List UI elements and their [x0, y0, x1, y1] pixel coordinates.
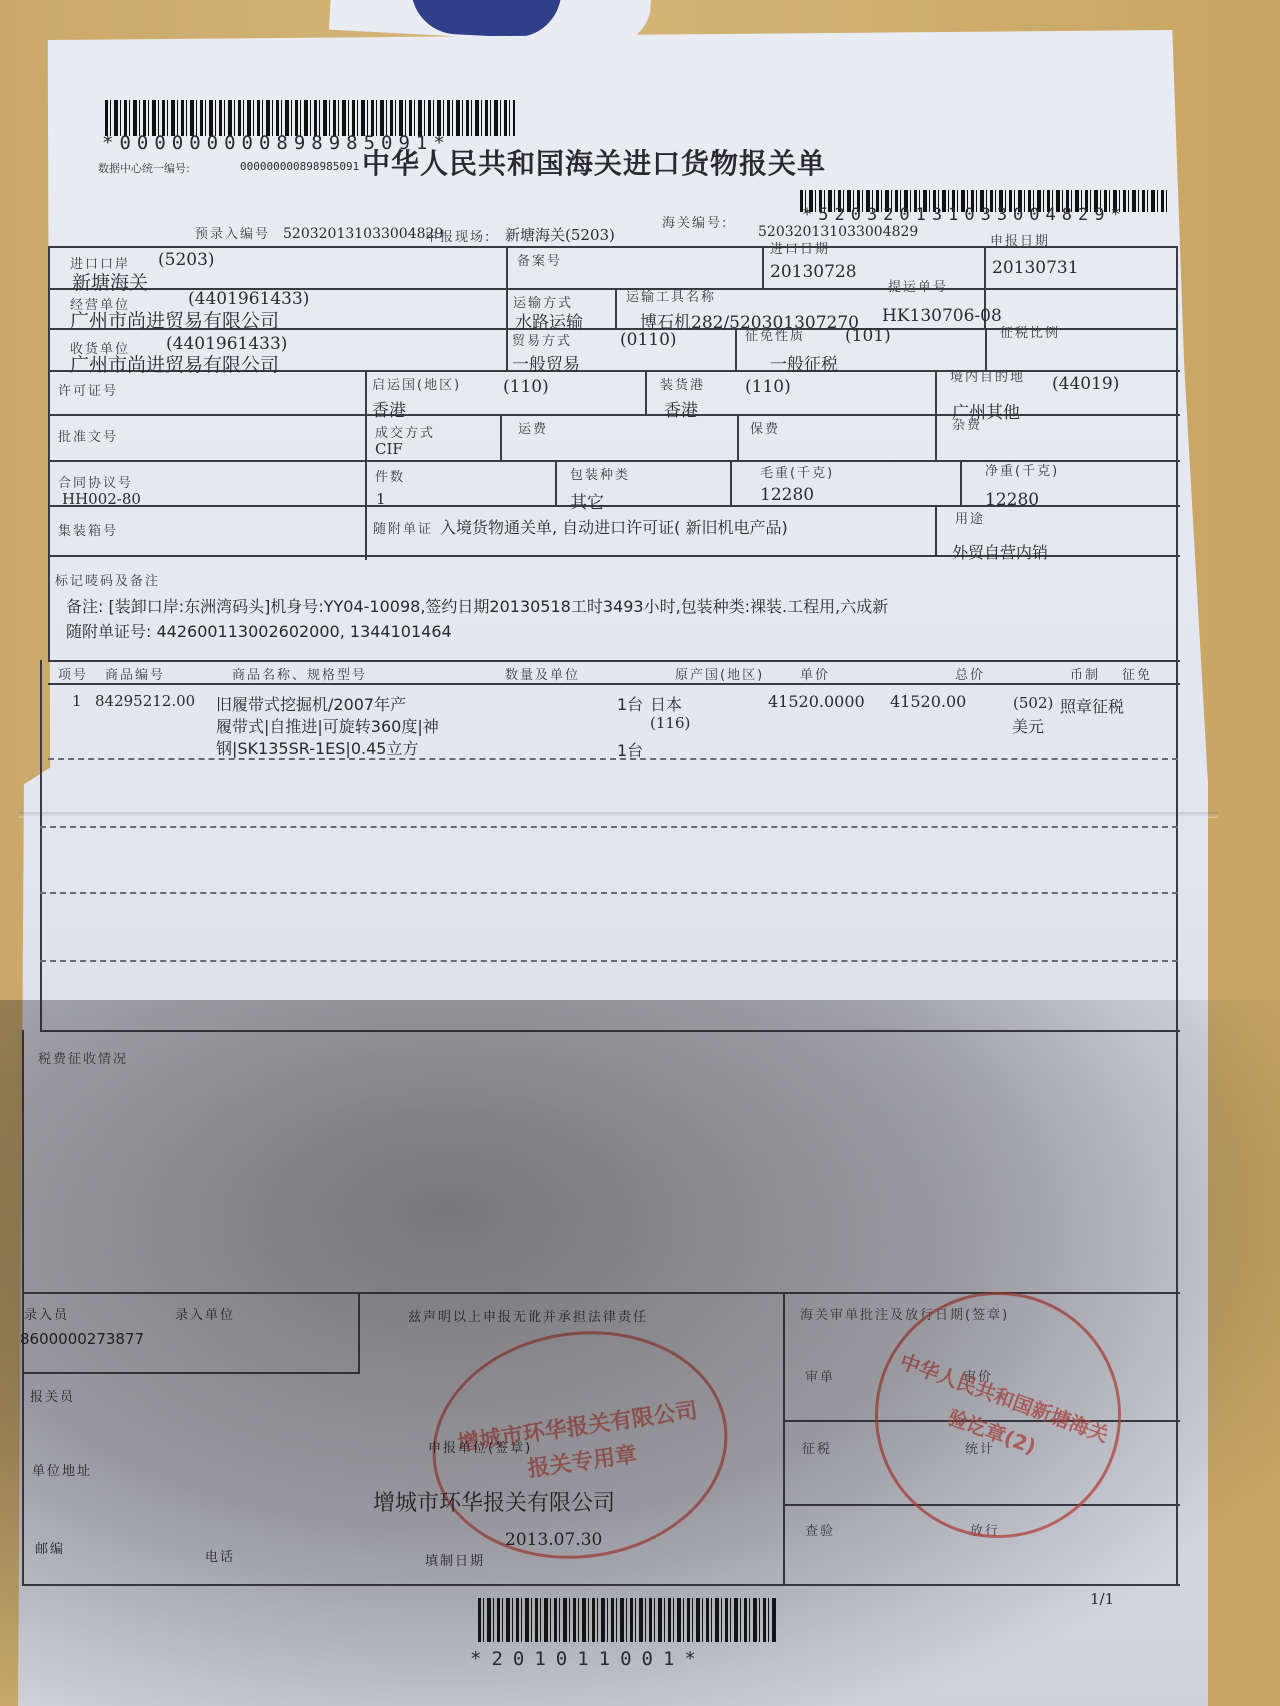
grid-line — [935, 505, 937, 555]
quantity-1: 1台 — [617, 692, 643, 715]
grid-line — [22, 1372, 360, 1374]
grid-line — [985, 328, 987, 370]
tax-ratio-label: 征税比例 — [1000, 322, 1060, 341]
declaring-unit: 增城市环华报关有限公司 — [373, 1486, 615, 1517]
declaration-statement: 兹声明以上申报无讹并承担法律责任 — [408, 1306, 648, 1325]
loading-port-code: (110) — [745, 377, 791, 397]
grid-line — [645, 370, 647, 414]
grid-line — [48, 246, 50, 660]
grid-line — [365, 370, 367, 560]
grid-line — [737, 414, 739, 460]
grid-line — [730, 460, 732, 505]
grid-line — [960, 460, 962, 505]
item-no: 1 — [72, 692, 82, 710]
loading-port-value: 香港 — [664, 396, 698, 421]
currency: 美元 — [1012, 714, 1044, 737]
data-center-label: 数据中心统一编号: — [98, 160, 190, 176]
grid-line — [935, 370, 937, 460]
levy-nature-code: (101) — [845, 326, 891, 346]
bottom-barcode-number: *201011001* — [470, 1648, 706, 1670]
pre-entry-number: 520320131033004829 — [283, 226, 443, 242]
pieces-label: 件数 — [375, 466, 405, 485]
grid-line — [783, 1292, 785, 1586]
origin-code: (116) — [650, 714, 690, 732]
origin-country: 日本 — [650, 692, 682, 715]
import-date-label: 进口日期 — [770, 238, 830, 257]
declare-date-value: 20130731 — [992, 258, 1079, 278]
grid-line — [40, 1030, 1180, 1032]
declaration-site: 新塘海关(5203) — [505, 224, 615, 245]
grid-line — [22, 1584, 1180, 1586]
gross-weight-label: 毛重(千克) — [760, 462, 834, 481]
origin-country-code: (110) — [503, 377, 549, 397]
hs-code: 84295212.00 — [95, 692, 195, 710]
levy-nature-label: 征免性质 — [745, 325, 805, 344]
receiving-unit-value: 广州市尚进贸易有限公司 — [70, 350, 279, 377]
net-weight-value: 12280 — [985, 490, 1039, 510]
attached-doc-numbers: 随附单证号: 442600113002602000, 1344101464 — [66, 619, 452, 642]
marks-label: 标记唛码及备注 — [55, 570, 160, 589]
entry-clerk-label: 录入员 — [24, 1304, 69, 1323]
transport-name-label: 运输工具名称 — [626, 286, 716, 305]
page-indicator: 1/1 — [1090, 1590, 1114, 1608]
col-unit-price: 单价 — [800, 664, 830, 683]
contract-no-value: HH002-80 — [62, 490, 141, 508]
inspection-label: 查验 — [805, 1520, 835, 1539]
container-no-label: 集装箱号 — [58, 520, 118, 539]
approval-no-label: 批准文号 — [58, 426, 118, 445]
top-barcode — [105, 100, 515, 136]
import-port-value: 新塘海关 — [72, 268, 148, 295]
operating-unit-value: 广州市尚进贸易有限公司 — [70, 306, 279, 333]
trade-mode-value: 一般贸易 — [512, 350, 580, 375]
col-item-no: 项号 — [58, 664, 88, 683]
usage-label: 用途 — [955, 508, 985, 527]
insurance-label: 保费 — [750, 418, 780, 437]
package-type-value: 其它 — [570, 488, 604, 513]
usage-value: 外贸自营内销 — [952, 540, 1048, 563]
levy-mode: 照章征税 — [1060, 694, 1124, 717]
contract-no-label: 合同协议号 — [58, 472, 133, 491]
deal-mode-value: CIF — [375, 440, 403, 458]
review-label: 审单 — [805, 1366, 835, 1385]
col-currency: 币制 — [1070, 664, 1100, 683]
entry-unit-label: 录入单位 — [175, 1304, 235, 1323]
origin-country-label: 启运国(地区) — [372, 374, 461, 393]
loading-port-label: 装货港 — [660, 374, 705, 393]
pieces-value: 1 — [376, 490, 386, 508]
grid-line — [48, 683, 1180, 685]
quantity-2: 1台 — [617, 738, 643, 761]
declarant-label: 报关员 — [30, 1386, 75, 1405]
unit-address-label: 单位地址 — [32, 1460, 92, 1479]
freight-label: 运费 — [518, 418, 548, 437]
fill-date-label: 填制日期 — [425, 1550, 485, 1569]
grid-line — [48, 660, 1180, 662]
fill-date: 2013.07.30 — [505, 1530, 602, 1550]
dashed-divider — [40, 960, 1178, 962]
bottom-barcode — [478, 1598, 778, 1642]
declare-date-label: 申报日期 — [990, 230, 1050, 249]
grid-line — [735, 328, 737, 370]
goods-name-line-1: 旧履带式挖掘机/2007年产 — [216, 692, 406, 715]
import-date-value: 20130728 — [770, 262, 857, 282]
paper-fold — [18, 812, 1218, 818]
trade-mode-label: 贸易方式 — [512, 330, 572, 349]
misc-fee-label: 杂费 — [952, 414, 982, 433]
customs-no-label: 海关编号: — [662, 212, 728, 231]
remark-text: 备注: [装卸口岸:东洲湾码头]机身号:YY04-10098,签约日期20130… — [66, 594, 888, 617]
bill-no-value: HK130706-08 — [882, 306, 1002, 326]
grid-line — [40, 660, 42, 1032]
levy-label: 征税 — [802, 1438, 832, 1457]
col-hs-code: 商品编号 — [105, 664, 165, 683]
col-goods-name: 商品名称、规格型号 — [232, 664, 367, 683]
phone-label: 电话 — [205, 1546, 235, 1565]
col-total-price: 总价 — [955, 664, 985, 683]
customs-barcode-number: *520320131033004829* — [802, 205, 1127, 225]
import-port-code: (5203) — [158, 250, 215, 270]
grid-line — [506, 246, 508, 370]
grid-line — [555, 460, 557, 505]
dashed-divider — [40, 892, 1178, 894]
grid-line — [1176, 246, 1178, 1586]
grid-line — [500, 414, 502, 460]
dashed-divider — [40, 826, 1178, 828]
attached-docs-value: 入境货物通关单, 自动进口许可证( 新旧机电产品) — [440, 515, 788, 538]
grid-line — [615, 288, 617, 328]
grid-line — [358, 1292, 360, 1374]
col-levy: 征免 — [1122, 664, 1152, 683]
pre-entry-label: 预录入编号 — [195, 223, 270, 242]
levy-nature-value: 一般征税 — [770, 350, 838, 375]
destination-code: (44019) — [1052, 374, 1119, 394]
declaration-site-label: 申报现场: — [425, 226, 491, 245]
unit-price: 41520.0000 — [768, 692, 865, 711]
license-no-label: 许可证号 — [58, 380, 118, 399]
document-title: 中华人民共和国海关进口货物报关单 — [362, 142, 826, 182]
record-no-label: 备案号 — [517, 250, 562, 269]
goods-name-line-2: 履带式|自推进|可旋转360度|神 — [216, 714, 439, 737]
trade-mode-code: (0110) — [620, 330, 677, 350]
attached-docs-label: 随附单证 — [373, 518, 433, 537]
destination-label: 境内目的地 — [950, 366, 1025, 385]
deal-mode-label: 成交方式 — [375, 422, 435, 441]
grid-line — [762, 246, 764, 288]
col-quantity: 数量及单位 — [505, 664, 580, 683]
currency-code: (502) — [1013, 694, 1053, 712]
postcode-label: 邮编 — [35, 1538, 65, 1557]
tax-section-label: 税费征收情况 — [38, 1048, 128, 1067]
origin-country-value: 香港 — [372, 396, 406, 421]
total-price: 41520.00 — [890, 692, 966, 711]
goods-name-line-3: 钢|SK135SR-1ES|0.45立方 — [216, 736, 418, 759]
col-origin: 原产国(地区) — [675, 664, 764, 683]
entry-clerk-no: 8600000273877 — [20, 1330, 144, 1348]
net-weight-label: 净重(千克) — [985, 460, 1059, 479]
declaring-unit-label: 申报单位(签章) — [428, 1437, 532, 1456]
bill-no-label: 提运单号 — [888, 276, 948, 295]
package-type-label: 包装种类 — [570, 464, 630, 483]
data-center-number: 000000000898985091 — [240, 160, 359, 173]
gross-weight-value: 12280 — [760, 485, 814, 505]
